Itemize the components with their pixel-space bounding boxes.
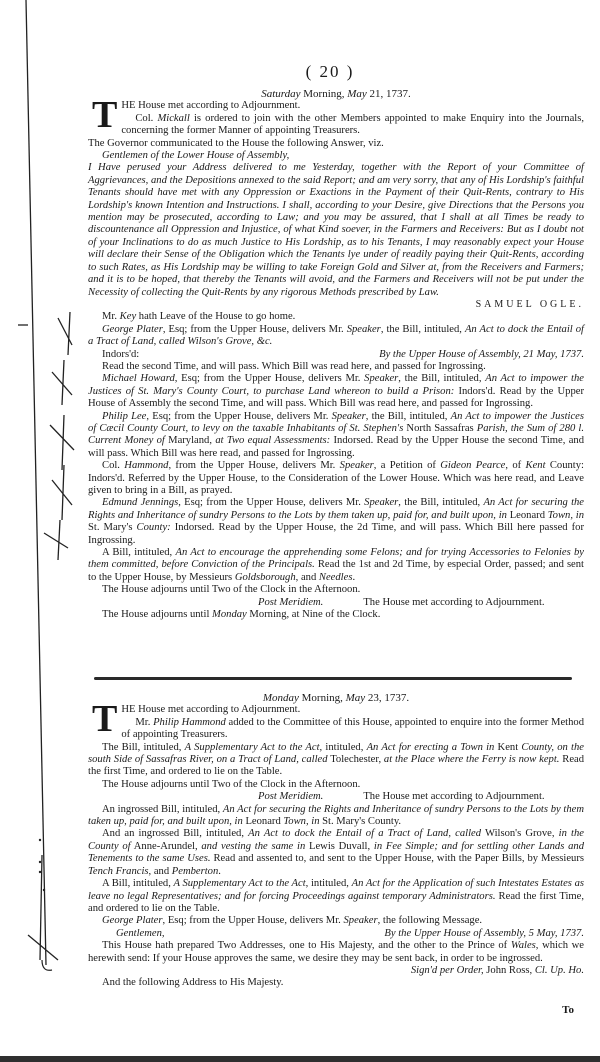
person-name: Tench Francis bbox=[88, 866, 149, 877]
catchword: To bbox=[562, 1004, 574, 1016]
person-name: Needles bbox=[319, 572, 353, 583]
county: Kent bbox=[526, 460, 546, 471]
opening-line: HE House met according to Adjournment. bbox=[88, 100, 584, 112]
text: Maryland, bbox=[165, 435, 215, 446]
signature: SAMUEL OGLE. bbox=[88, 299, 584, 311]
text: Morning, at Nine of the Clock. bbox=[247, 609, 381, 620]
person-name: Philip Lee bbox=[102, 411, 146, 422]
bill-title: Town, in bbox=[283, 816, 319, 827]
plater-entry: George Plater, Esq; from the Upper House… bbox=[88, 324, 584, 349]
plater-endorsement: Indors'd:By the Upper House of Assembly,… bbox=[88, 349, 584, 361]
monday-section: Monday Morning, May 23, 1737. T HE House… bbox=[88, 692, 584, 990]
text: Kent bbox=[494, 742, 521, 753]
bill-title: County: bbox=[137, 522, 171, 533]
person-name: George Plater bbox=[102, 915, 163, 926]
text: . bbox=[352, 572, 355, 583]
plater-read: Read the second Time, and will pass. Whi… bbox=[88, 361, 584, 373]
bill-title: Town, in bbox=[548, 510, 584, 521]
message-body: This House hath prepared Two Addresses, … bbox=[88, 940, 584, 965]
date-end: 21, 1737. bbox=[367, 88, 411, 100]
text: And an ingrossed Bill, intituled, bbox=[102, 828, 248, 839]
text: Mr. bbox=[135, 717, 153, 728]
opening-paragraph: T HE House met according to Adjournment.… bbox=[88, 100, 584, 137]
text: St. Mary's County. bbox=[320, 816, 402, 827]
saturday-section: Saturday Morning, May 21, 1737. T HE Hou… bbox=[88, 88, 584, 621]
handwritten-x-icon bbox=[18, 0, 74, 965]
text: Sign'd per Order, bbox=[411, 965, 484, 976]
text: Indors'd: bbox=[88, 349, 139, 361]
text: , the Bill, intituled, bbox=[381, 324, 465, 335]
text: Leonard bbox=[507, 510, 548, 521]
hammond-entry: Mr. Philip Hammond added to the Committe… bbox=[88, 717, 584, 742]
text: intituled, bbox=[308, 878, 351, 889]
hammond-entry: Col. Hammond, from the Upper House, deli… bbox=[88, 460, 584, 497]
person-name: Edmund Jennings bbox=[102, 497, 178, 508]
date-month: May bbox=[346, 692, 366, 704]
place-name: Wales bbox=[511, 940, 536, 951]
endorsement: By the Upper House of Assembly, 21 May, … bbox=[365, 349, 584, 361]
bill-title: An Act to dock the Entail of a Tract of … bbox=[248, 828, 481, 839]
person-name: Philip Hammond bbox=[153, 717, 226, 728]
felons-entry: A Bill, intituled, An Act to encourage t… bbox=[88, 547, 584, 584]
person-name: John Ross, bbox=[484, 965, 535, 976]
person-name: Goldsborough bbox=[235, 572, 296, 583]
drop-cap: T bbox=[92, 704, 117, 734]
drop-cap: T bbox=[92, 100, 117, 130]
date-day: Saturday bbox=[261, 88, 300, 100]
date-day: Monday bbox=[263, 692, 299, 704]
title: Cl. Up. Ho. bbox=[535, 965, 584, 976]
howard-entry: Michael Howard, Esq; from the Upper Hous… bbox=[88, 373, 584, 410]
text: A Bill, intituled, bbox=[102, 547, 175, 558]
bill-title: and vesting the same in bbox=[201, 841, 305, 852]
text: The House met according to Adjournment. bbox=[363, 597, 544, 608]
text: Tolechester, bbox=[328, 754, 384, 765]
bill-title: A Supplementary Act to the Act, bbox=[174, 878, 309, 889]
key-entry: Mr. Key hath Leave of the House to go ho… bbox=[88, 311, 584, 323]
letter-body: I Have perused your Address delivered to… bbox=[88, 162, 584, 298]
text: Anne-Arundel, bbox=[131, 841, 202, 852]
bill-title: at the Place where the Ferry is now kept… bbox=[384, 754, 560, 765]
text: Wilson's Grove, bbox=[481, 828, 559, 839]
message-header: Gentlemen,By the Upper House of Assembly… bbox=[88, 928, 584, 940]
monday-dateline: Monday Morning, May 23, 1737. bbox=[88, 692, 584, 704]
text: Lewis Duvall, bbox=[305, 841, 374, 852]
letter-salutation: Gentlemen of the Lower House of Assembly… bbox=[88, 150, 584, 162]
salutation: Gentlemen, bbox=[116, 928, 165, 940]
margin-annotation-marks bbox=[0, 0, 90, 1000]
text: , Esq; from the Upper House, delivers Mr… bbox=[163, 915, 344, 926]
text: Col. bbox=[102, 460, 124, 471]
text: , a Petition of bbox=[374, 460, 440, 471]
post-meridiem-line: Post Meridiem.The House met according to… bbox=[88, 791, 584, 803]
bill-tolechester: The Bill, intituled, A Supplementary Act… bbox=[88, 742, 584, 779]
text: This House hath prepared Two Addresses, … bbox=[102, 940, 511, 951]
text: Mr. bbox=[102, 311, 120, 322]
text: The Bill, intituled, bbox=[102, 742, 185, 753]
speaker: Speaker bbox=[347, 324, 381, 335]
speaker: Speaker bbox=[343, 915, 377, 926]
text: hath Leave of the House to go home. bbox=[136, 311, 295, 322]
speaker: Speaker bbox=[364, 373, 398, 384]
text: Read and assented to, and sent to the Up… bbox=[211, 853, 585, 864]
text: , from the Upper House, delivers Mr. bbox=[168, 460, 339, 471]
date-month: May bbox=[347, 88, 367, 100]
person-name: Mickall bbox=[157, 113, 189, 124]
opening-line: HE House met according to Adjournment. bbox=[88, 704, 584, 716]
date-mid: Morning, bbox=[301, 88, 348, 100]
text: , the Bill, intituled, bbox=[398, 373, 485, 384]
text: , the Bill, intituled, bbox=[398, 497, 483, 508]
supplementary-bill-intestates: A Bill, intituled, A Supplementary Act t… bbox=[88, 878, 584, 915]
text: , Esq; from the Upper House, delivers Mr… bbox=[163, 324, 347, 335]
adjourn-monday: The House adjourns until Monday Morning,… bbox=[88, 609, 584, 621]
post-meridiem: Post Meridiem. bbox=[258, 791, 323, 802]
handwritten-curve-icon bbox=[42, 960, 52, 970]
message-dateline: By the Upper House of Assembly, 5 May, 1… bbox=[384, 928, 584, 940]
ingrossed-bill-leonard-town: An ingrossed Bill, intituled, An Act for… bbox=[88, 804, 584, 829]
mickall-entry: Col. Mickall is ordered to join with the… bbox=[88, 113, 584, 138]
saturday-dateline: Saturday Morning, May 21, 1737. bbox=[88, 88, 584, 100]
bill-title: An Act for erecting a Town in bbox=[367, 742, 495, 753]
text: , the following Message. bbox=[378, 915, 482, 926]
text: The House adjourns until bbox=[102, 609, 212, 620]
person-name: George Plater bbox=[102, 324, 163, 335]
section-divider bbox=[94, 677, 572, 680]
text: , and bbox=[149, 866, 172, 877]
text: , and bbox=[296, 572, 319, 583]
text: , of bbox=[505, 460, 525, 471]
plater-message-entry: George Plater, Esq; from the Upper House… bbox=[88, 915, 584, 927]
person-name: Key bbox=[120, 311, 136, 322]
text: St. Mary's bbox=[88, 522, 137, 533]
day: Monday bbox=[212, 609, 247, 620]
text: North Sassafras bbox=[403, 423, 476, 434]
person-name: Michael Howard bbox=[102, 373, 175, 384]
text: is ordered to join with the other Member… bbox=[121, 113, 584, 136]
post-meridiem: Post Meridiem. bbox=[258, 597, 323, 608]
text: An ingrossed Bill, intituled, bbox=[102, 804, 223, 815]
ingrossed-bill-wilsons-grove: And an ingrossed Bill, intituled, An Act… bbox=[88, 828, 584, 878]
text: The House met according to Adjournment. bbox=[363, 791, 544, 802]
text: , the Bill, intituled, bbox=[366, 411, 451, 422]
date-end: 23, 1737. bbox=[365, 692, 409, 704]
page-number: ( 20 ) bbox=[0, 62, 600, 82]
text: , Esq; from the Upper House, delivers Mr… bbox=[178, 497, 364, 508]
address-line: And the following Address to His Majesty… bbox=[88, 977, 584, 989]
opening-paragraph: T HE House met according to Adjournment.… bbox=[88, 704, 584, 741]
text: , Esq; from the Upper House, delivers Mr… bbox=[175, 373, 364, 384]
adjourn-afternoon: The House adjourns until Two of the Cloc… bbox=[88, 779, 584, 791]
person-name: Gideon Pearce bbox=[440, 460, 505, 471]
message-signature: Sign'd per Order, John Ross, Cl. Up. Ho. bbox=[88, 965, 584, 977]
text: intituled, bbox=[322, 742, 366, 753]
person-name: Pemberton bbox=[172, 866, 218, 877]
governor-line: The Governor communicated to the House t… bbox=[88, 138, 584, 150]
text: . bbox=[218, 866, 221, 877]
speaker: Speaker bbox=[364, 497, 398, 508]
lee-entry: Philip Lee, Esq; from the Upper House, d… bbox=[88, 411, 584, 461]
bill-title: A Supplementary Act to the Act, bbox=[185, 742, 323, 753]
speaker: Speaker bbox=[340, 460, 374, 471]
person-name: Hammond bbox=[124, 460, 168, 471]
jennings-entry: Edmund Jennings, Esq; from the Upper Hou… bbox=[88, 497, 584, 547]
text: , Esq; from the Upper House, delivers Mr… bbox=[146, 411, 331, 422]
speaker: Speaker bbox=[332, 411, 366, 422]
post-meridiem-line: Post Meridiem.The House met according to… bbox=[88, 597, 584, 609]
bill-title: at Two equal Assessments: bbox=[215, 435, 330, 446]
text: Col. bbox=[135, 113, 157, 124]
document-page: ( 20 ) Saturday Morning, May 21, 1737. T… bbox=[0, 0, 600, 1062]
adjourn-afternoon: The House adjourns until Two of the Cloc… bbox=[88, 584, 584, 596]
text: A Bill, intituled, bbox=[102, 878, 174, 889]
text: Leonard bbox=[243, 816, 284, 827]
scan-bottom-edge bbox=[0, 1056, 600, 1062]
date-mid: Morning, bbox=[299, 692, 346, 704]
